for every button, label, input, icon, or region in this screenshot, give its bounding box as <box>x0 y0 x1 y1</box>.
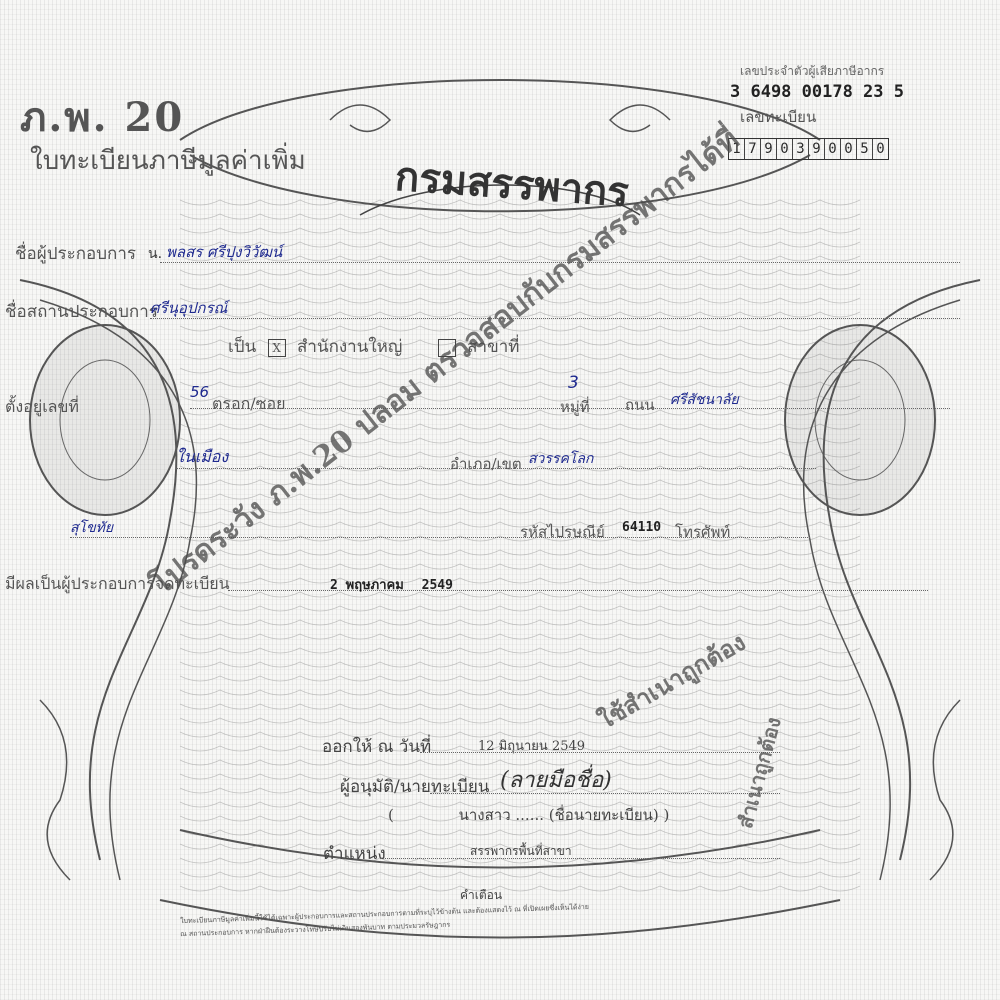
registration-number-boxes: 1790390050 <box>728 138 889 160</box>
registration-digit: 9 <box>809 139 825 159</box>
registrar-signature: (ลายมือชื่อ) <box>500 762 612 797</box>
subdistrict-value: ในเมือง <box>176 445 228 470</box>
registration-no-label: เลขทะเบียน <box>740 105 816 129</box>
registrar-name-row: ( นางสาว ...... (ชื่อนายทะเบียน) ) <box>388 803 669 827</box>
head-office-label: สำนักงานใหญ่ <box>297 337 402 357</box>
tax-id-label: เลขประจำตัวผู้เสียภาษีอากร <box>740 62 884 81</box>
business-name-label: ชื่อสถานประกอบการ <box>5 298 158 325</box>
registration-digit: 9 <box>761 139 777 159</box>
head-office-checkbox: X <box>268 339 286 357</box>
business-name: ศรีนุอุปกรณ์ <box>150 296 227 320</box>
moo-label: หมู่ที่ <box>560 395 590 419</box>
business-name-line <box>150 318 960 319</box>
registration-digit: 0 <box>873 139 888 159</box>
tax-id-number: 3 6498 00178 23 5 <box>730 82 904 102</box>
road-label: ถนน <box>625 393 655 417</box>
notice-title: คำเตือน <box>460 886 502 905</box>
registration-digit: 0 <box>825 139 841 159</box>
soi-label: ตรอก/ซอย <box>212 392 286 417</box>
effective-date-line <box>228 590 928 591</box>
registration-digit: 3 <box>793 139 809 159</box>
registration-digit: 5 <box>857 139 873 159</box>
province-value: สุโขทัย <box>70 517 113 539</box>
operator-label: ชื่อผู้ประกอบการ <box>15 240 136 267</box>
position-label: ตำแหน่ง <box>323 840 386 867</box>
position-line <box>380 858 780 859</box>
issued-date-line <box>420 752 780 753</box>
issued-date-label: ออกให้ ณ วันที่ <box>322 733 431 760</box>
postcode-label: รหัสไปรษณีย์ <box>520 520 605 544</box>
vat-registration-certificate: ภ.พ. 20 ใบทะเบียนภาษีมูลค่าเพิ่ม กรมสรรพ… <box>0 0 1000 1000</box>
registration-digit: 0 <box>841 139 857 159</box>
house-number: 56 <box>190 383 209 401</box>
moo-value: 3 <box>568 373 579 393</box>
registrar-line <box>430 793 780 794</box>
address-line-1 <box>190 408 950 409</box>
registration-digit: 0 <box>777 139 793 159</box>
status-prefix: เป็น <box>228 337 256 357</box>
registration-digit: 7 <box>745 139 761 159</box>
postcode-value: 64110 <box>622 520 661 535</box>
registrar-label: ผู้อนุมัติ/นายทะเบียน <box>340 773 489 800</box>
form-title: ใบทะเบียนภาษีมูลค่าเพิ่ม <box>30 140 306 181</box>
address-label: ตั้งอยู่เลขที่ <box>5 395 79 420</box>
district-value: สวรรคโลก <box>528 448 593 470</box>
phone-label: โทรศัพท์ <box>675 520 730 544</box>
operator-name: พลสร ศรีปุงวิวัฒน์ <box>166 240 282 264</box>
effective-date-value: 2 พฤษภาคม 2549 <box>330 574 453 595</box>
registrar-name: นางสาว ...... (ชื่อนายทะเบียน) <box>459 806 659 824</box>
district-label: อำเภอ/เขต <box>450 452 522 476</box>
